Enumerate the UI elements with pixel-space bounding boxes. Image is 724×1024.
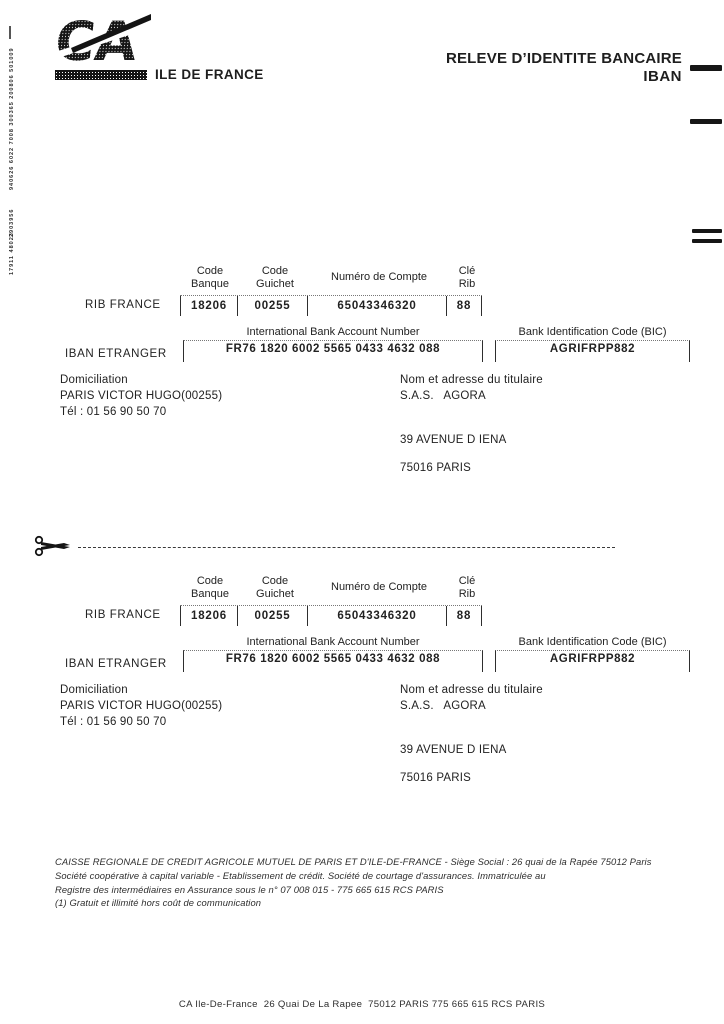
domiciliation-branch: PARIS VICTOR HUGO(00255) <box>60 700 222 712</box>
cle-rib-value: 88 <box>446 296 482 316</box>
rib-section-top: Code Banque Code Guichet Numéro de Compt… <box>0 262 724 484</box>
header-line: Code <box>197 265 223 278</box>
iban-value: FR76 1820 6002 5565 0433 4632 088 <box>183 340 483 362</box>
ca-logo-band <box>55 70 147 80</box>
header-line: Banque <box>191 278 229 291</box>
iban-etranger-label: IBAN ETRANGER <box>65 658 167 670</box>
header-line: Code <box>197 575 223 588</box>
column-header-numero-compte: Numéro de Compte <box>310 572 448 603</box>
code-banque-value: 18206 <box>180 296 237 316</box>
title-releve: RELEVE D’IDENTITE BANCAIRE <box>446 50 682 67</box>
domiciliation-phone: Tél : 01 56 90 50 70 <box>60 406 166 418</box>
header-line: Numéro de Compte <box>331 581 427 594</box>
rib-section-bottom: Code Banque Code Guichet Numéro de Compt… <box>0 572 724 794</box>
legal-line: (1) Gratuit et illimité hors coût de com… <box>55 896 670 910</box>
domiciliation-label: Domiciliation <box>60 684 128 696</box>
header-line: Guichet <box>256 278 294 291</box>
rib-values-row: 18206 00255 65043346320 88 <box>180 295 482 316</box>
column-header-code-guichet: Code Guichet <box>242 262 308 293</box>
titulaire-address-street: 39 AVENUE D IENA <box>400 434 507 446</box>
rib-france-label: RIB FRANCE <box>85 609 161 621</box>
header-line: Banque <box>191 588 229 601</box>
bank-region-name: ILE DE FRANCE <box>155 67 264 82</box>
footer-bank-address: CA Ile-De-France 26 Quai De La Rapee 750… <box>0 999 724 1010</box>
titulaire-address-city: 75016 PARIS <box>400 772 471 784</box>
credit-agricole-logo: CA <box>55 8 151 82</box>
domiciliation-label: Domiciliation <box>60 374 128 386</box>
legal-notice: CAISSE REGIONALE DE CREDIT AGRICOLE MUTU… <box>55 855 670 910</box>
iban-header: International Bank Account Number <box>183 326 483 338</box>
fold-mark <box>692 229 722 233</box>
domiciliation-branch: PARIS VICTOR HUGO(00255) <box>60 390 222 402</box>
numero-compte-value: 65043346320 <box>307 296 446 316</box>
rib-values-row: 18206 00255 65043346320 88 <box>180 605 482 626</box>
bic-header: Bank Identification Code (BIC) <box>495 636 690 648</box>
numero-compte-value: 65043346320 <box>307 606 446 626</box>
legal-line: Registre des intermédiaires en Assurance… <box>55 883 670 897</box>
title-iban: IBAN <box>446 68 682 85</box>
fold-mark <box>692 239 722 243</box>
fold-mark <box>690 119 722 124</box>
column-header-cle-rib: Clé Rib <box>450 572 484 603</box>
code-banque-value: 18206 <box>180 606 237 626</box>
ca-logo-icon: CA <box>55 8 151 82</box>
domiciliation-phone: Tél : 01 56 90 50 70 <box>60 716 166 728</box>
titulaire-name: S.A.S. AGORA <box>400 390 486 402</box>
header-line: Rib <box>459 278 476 291</box>
header-line: Guichet <box>256 588 294 601</box>
header-line: Clé <box>459 265 476 278</box>
titulaire-label: Nom et adresse du titulaire <box>400 684 543 696</box>
cle-rib-value: 88 <box>446 606 482 626</box>
code-guichet-value: 00255 <box>237 296 307 316</box>
header-line: Clé <box>459 575 476 588</box>
iban-value: FR76 1820 6002 5565 0433 4632 088 <box>183 650 483 672</box>
column-header-cle-rib: Clé Rib <box>450 262 484 293</box>
rib-document-page: 940626 6022 7008 300365 200806 501009 29… <box>0 0 724 1024</box>
column-header-code-guichet: Code Guichet <box>242 572 308 603</box>
bic-value: AGRIFRPP882 <box>495 340 690 362</box>
column-header-code-banque: Code Banque <box>180 262 240 293</box>
fold-mark <box>690 65 722 71</box>
bic-header: Bank Identification Code (BIC) <box>495 326 690 338</box>
header-line: Rib <box>459 588 476 601</box>
edge-print-code: 940626 6022 7008 300365 200806 501009 <box>9 47 15 190</box>
iban-etranger-label: IBAN ETRANGER <box>65 348 167 360</box>
titulaire-address-street: 39 AVENUE D IENA <box>400 744 507 756</box>
titulaire-name: S.A.S. AGORA <box>400 700 486 712</box>
scissors-icon <box>34 533 74 559</box>
cut-dashed-line <box>78 547 615 548</box>
code-guichet-value: 00255 <box>237 606 307 626</box>
header-line: Code <box>262 575 288 588</box>
legal-line: Société coopérative à capital variable -… <box>55 869 670 883</box>
column-header-code-banque: Code Banque <box>180 572 240 603</box>
header-line: Code <box>262 265 288 278</box>
rib-france-label: RIB FRANCE <box>85 299 161 311</box>
scan-corner-tick <box>9 26 11 39</box>
column-header-numero-compte: Numéro de Compte <box>310 262 448 293</box>
titulaire-address-city: 75016 PARIS <box>400 462 471 474</box>
titulaire-label: Nom et adresse du titulaire <box>400 374 543 386</box>
iban-header: International Bank Account Number <box>183 636 483 648</box>
legal-line: CAISSE REGIONALE DE CREDIT AGRICOLE MUTU… <box>55 855 670 869</box>
header-line: Numéro de Compte <box>331 271 427 284</box>
bic-value: AGRIFRPP882 <box>495 650 690 672</box>
document-title: RELEVE D’IDENTITE BANCAIRE IBAN <box>446 50 682 85</box>
